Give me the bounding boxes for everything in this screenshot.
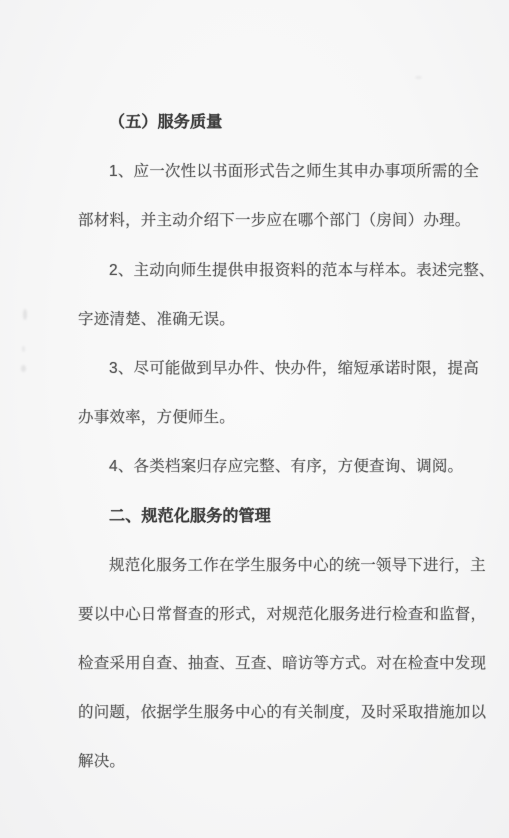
scan-artifact — [23, 309, 27, 320]
text-line: 3、尽可能做到早办件、快办件，缩短承诺时限，提高 — [78, 344, 470, 393]
scan-artifact — [415, 76, 422, 79]
text-line: 2、主动向师生提供申报资料的范本与样本。表述完整、 — [78, 246, 470, 295]
text-line: 4、各类档案归存应完整、有序，方便查询、调阅。 — [78, 442, 470, 491]
scanned-document-page: （五）服务质量 1、应一次性以书面形式告之师生其申办事项所需的全 部材料，并主动… — [0, 0, 509, 838]
text-line: 部材料，并主动介绍下一步应在哪个部门（房间）办理。 — [78, 196, 470, 245]
scan-artifact — [22, 346, 25, 352]
text-line: 检查采用自查、抽查、互查、暗访等方式。对在检查中发现 — [78, 639, 470, 688]
text-line: 解决。 — [78, 737, 470, 786]
scan-artifact — [21, 365, 26, 372]
section-heading-standardized-service-management: 二、规范化服务的管理 — [78, 492, 470, 541]
text-line: 1、应一次性以书面形式告之师生其申办事项所需的全 — [78, 147, 470, 196]
text-line: 的问题，依据学生服务中心的有关制度，及时采取措施加以 — [78, 688, 470, 737]
text-line: 要以中心日常督查的形式，对规范化服务进行检查和监督， — [78, 590, 470, 639]
document-text-block: （五）服务质量 1、应一次性以书面形式告之师生其申办事项所需的全 部材料，并主动… — [78, 98, 470, 787]
text-line: 规范化服务工作在学生服务中心的统一领导下进行，主 — [78, 541, 470, 590]
text-line: 办事效率，方便师生。 — [78, 393, 470, 442]
text-line: 字迹清楚、准确无误。 — [78, 295, 470, 344]
section-heading-service-quality: （五）服务质量 — [78, 98, 470, 147]
